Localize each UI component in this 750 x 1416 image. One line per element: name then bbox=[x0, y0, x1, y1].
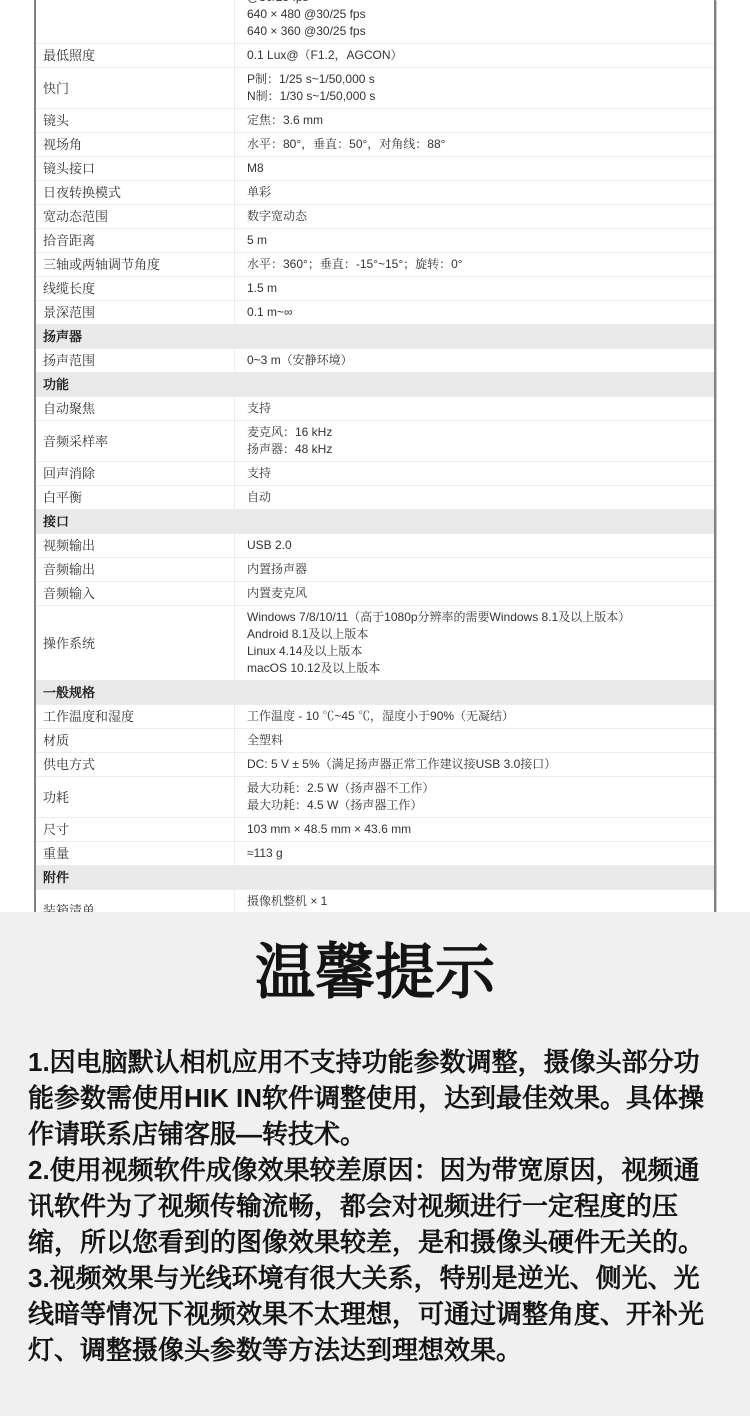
spec-value-line: DC: 5 V ± 5%（满足扬声器正常工作建议接USB 3.0接口） bbox=[247, 756, 704, 773]
spec-value: 支持 bbox=[235, 462, 714, 485]
spec-value: 0.1 m~∞ bbox=[235, 301, 714, 324]
spec-value: 数字宽动态 bbox=[235, 205, 714, 228]
spec-value-line: 最大功耗：2.5 W（扬声器不工作） bbox=[247, 780, 704, 797]
section-header-label: 一般规格 bbox=[36, 681, 714, 704]
spec-label: 尺寸 bbox=[36, 818, 235, 841]
spec-value-line: 水平：80°，垂直：50°，对角线：88° bbox=[247, 136, 704, 153]
spec-value: USB 2.0 bbox=[235, 534, 714, 557]
spec-value-line: 水平：360°；垂直：-15°~15°；旋转：0° bbox=[247, 256, 704, 273]
spec-value: @30/25 fps640 × 480 @30/25 fps640 × 360 … bbox=[235, 0, 714, 43]
table-row: 镜头定焦：3.6 mm bbox=[36, 108, 714, 132]
spec-value: 自动 bbox=[235, 486, 714, 509]
spec-value-line: 5 m bbox=[247, 232, 704, 249]
spec-label: 重量 bbox=[36, 842, 235, 865]
table-row: 工作温度和湿度工作温度 - 10 ℃~45 ℃，湿度小于90%（无凝结） bbox=[36, 704, 714, 728]
table-row: 宽动态范围数字宽动态 bbox=[36, 204, 714, 228]
spec-value: 定焦：3.6 mm bbox=[235, 109, 714, 132]
spec-value: 最大功耗：2.5 W（扬声器不工作）最大功耗：4.5 W（扬声器工作） bbox=[235, 777, 714, 817]
spec-value: 全塑料 bbox=[235, 729, 714, 752]
table-row: @30/25 fps640 × 480 @30/25 fps640 × 360 … bbox=[36, 0, 714, 43]
spec-label: 操作系统 bbox=[36, 606, 235, 680]
spec-label: 线缆长度 bbox=[36, 277, 235, 300]
tips-title: 温馨提示 bbox=[0, 940, 750, 1006]
spec-value-line: 数字宽动态 bbox=[247, 208, 704, 225]
table-row: 线缆长度1.5 m bbox=[36, 276, 714, 300]
spec-value: 单彩 bbox=[235, 181, 714, 204]
spec-label: 白平衡 bbox=[36, 486, 235, 509]
section-header-label: 扬声器 bbox=[36, 325, 714, 348]
spec-value: 5 m bbox=[235, 229, 714, 252]
spec-value: ≈113 g bbox=[235, 842, 714, 865]
table-row: 最低照度0.1 Lux@（F1.2，AGCON） bbox=[36, 43, 714, 67]
section-header-row: 扬声器 bbox=[36, 324, 714, 348]
spec-value-line: P制：1/25 s~1/50,000 s bbox=[247, 71, 704, 88]
spec-value-line: 0.1 Lux@（F1.2，AGCON） bbox=[247, 47, 704, 64]
table-row: 视频输出USB 2.0 bbox=[36, 533, 714, 557]
spec-value-line: 103 mm × 48.5 mm × 43.6 mm bbox=[247, 821, 704, 838]
spec-value-line: 支持 bbox=[247, 465, 704, 482]
tips-body: 1.因电脑默认相机应用不支持功能参数调整，摄像头部分功能参数需使用HIK IN软… bbox=[28, 1044, 722, 1368]
spec-label: 自动聚焦 bbox=[36, 397, 235, 420]
spec-value: 1.5 m bbox=[235, 277, 714, 300]
spec-value: 支持 bbox=[235, 397, 714, 420]
spec-value-line: N制：1/30 s~1/50,000 s bbox=[247, 88, 704, 105]
spec-value-line: 0.1 m~∞ bbox=[247, 304, 704, 321]
spec-value-line: 定焦：3.6 mm bbox=[247, 112, 704, 129]
spec-label: 音频输出 bbox=[36, 558, 235, 581]
spec-label: 三轴或两轴调节角度 bbox=[36, 253, 235, 276]
spec-label: 音频输入 bbox=[36, 582, 235, 605]
table-row: 音频输出内置扬声器 bbox=[36, 557, 714, 581]
table-row: 镜头接口M8 bbox=[36, 156, 714, 180]
spec-value: P制：1/25 s~1/50,000 sN制：1/30 s~1/50,000 s bbox=[235, 68, 714, 108]
spec-label: 景深范围 bbox=[36, 301, 235, 324]
section-header-row: 接口 bbox=[36, 509, 714, 533]
spec-value-line: 扬声器：48 kHz bbox=[247, 441, 704, 458]
spec-value-line: macOS 10.12及以上版本 bbox=[247, 660, 704, 677]
spec-label: 日夜转换模式 bbox=[36, 181, 235, 204]
spec-value-line: Windows 7/8/10/11（高于1080p分辨率的需要Windows 8… bbox=[247, 609, 704, 626]
spec-value-line: M8 bbox=[247, 160, 704, 177]
table-row: 操作系统Windows 7/8/10/11（高于1080p分辨率的需要Windo… bbox=[36, 605, 714, 680]
spec-label: 快门 bbox=[36, 68, 235, 108]
spec-value-line: Linux 4.14及以上版本 bbox=[247, 643, 704, 660]
spec-value: 工作温度 - 10 ℃~45 ℃，湿度小于90%（无凝结） bbox=[235, 705, 714, 728]
spec-value: DC: 5 V ± 5%（满足扬声器正常工作建议接USB 3.0接口） bbox=[235, 753, 714, 776]
spec-value-line: 1.5 m bbox=[247, 280, 704, 297]
section-header-label: 功能 bbox=[36, 373, 714, 396]
spec-value: 内置麦克风 bbox=[235, 582, 714, 605]
spec-value-line: 麦克风：16 kHz bbox=[247, 424, 704, 441]
spec-label: 镜头 bbox=[36, 109, 235, 132]
spec-label: 功耗 bbox=[36, 777, 235, 817]
table-row: 快门P制：1/25 s~1/50,000 sN制：1/30 s~1/50,000… bbox=[36, 67, 714, 108]
tip-paragraph-3: 3.视频效果与光线环境有很大关系，特别是逆光、侧光、光线暗等情况下视频效果不太理… bbox=[28, 1260, 722, 1368]
table-row: 景深范围0.1 m~∞ bbox=[36, 300, 714, 324]
section-header-label: 附件 bbox=[36, 866, 714, 889]
table-row: 视场角水平：80°，垂直：50°，对角线：88° bbox=[36, 132, 714, 156]
table-row: 供电方式DC: 5 V ± 5%（满足扬声器正常工作建议接USB 3.0接口） bbox=[36, 752, 714, 776]
spec-value: 0.1 Lux@（F1.2，AGCON） bbox=[235, 44, 714, 67]
spec-value-line: 0~3 m（安静环境） bbox=[247, 352, 704, 369]
spec-value: 0~3 m（安静环境） bbox=[235, 349, 714, 372]
spec-value-line: 内置麦克风 bbox=[247, 585, 704, 602]
spec-label: 材质 bbox=[36, 729, 235, 752]
tips-section: 温馨提示 1.因电脑默认相机应用不支持功能参数调整，摄像头部分功能参数需使用HI… bbox=[0, 912, 750, 1416]
spec-value-line: USB 2.0 bbox=[247, 537, 704, 554]
section-header-row: 附件 bbox=[36, 865, 714, 889]
table-row: 三轴或两轴调节角度水平：360°；垂直：-15°~15°；旋转：0° bbox=[36, 252, 714, 276]
spec-value: 内置扬声器 bbox=[235, 558, 714, 581]
spec-label: 供电方式 bbox=[36, 753, 235, 776]
spec-value-line: 自动 bbox=[247, 489, 704, 506]
spec-value: Windows 7/8/10/11（高于1080p分辨率的需要Windows 8… bbox=[235, 606, 714, 680]
spec-label: 视频输出 bbox=[36, 534, 235, 557]
spec-label: 拾音距离 bbox=[36, 229, 235, 252]
spec-label: 最低照度 bbox=[36, 44, 235, 67]
spec-value-line: 640 × 480 @30/25 fps bbox=[247, 6, 704, 23]
spec-label: 回声消除 bbox=[36, 462, 235, 485]
spec-value: M8 bbox=[235, 157, 714, 180]
table-row: 自动聚焦支持 bbox=[36, 396, 714, 420]
table-row: 白平衡自动 bbox=[36, 485, 714, 509]
spec-label: 视场角 bbox=[36, 133, 235, 156]
spec-label: 宽动态范围 bbox=[36, 205, 235, 228]
table-row: 尺寸103 mm × 48.5 mm × 43.6 mm bbox=[36, 817, 714, 841]
spec-value-line: 支持 bbox=[247, 400, 704, 417]
spec-value-line: 单彩 bbox=[247, 184, 704, 201]
table-row: 音频采样率麦克风：16 kHz扬声器：48 kHz bbox=[36, 420, 714, 461]
spec-label: 工作温度和湿度 bbox=[36, 705, 235, 728]
section-header-row: 功能 bbox=[36, 372, 714, 396]
spec-value-line: 全塑料 bbox=[247, 732, 704, 749]
table-row: 拾音距离5 m bbox=[36, 228, 714, 252]
spec-value: 103 mm × 48.5 mm × 43.6 mm bbox=[235, 818, 714, 841]
spec-label: 镜头接口 bbox=[36, 157, 235, 180]
spec-label: 音频采样率 bbox=[36, 421, 235, 461]
section-header-row: 一般规格 bbox=[36, 680, 714, 704]
spec-label: 扬声范围 bbox=[36, 349, 235, 372]
spec-value-line: 640 × 360 @30/25 fps bbox=[247, 23, 704, 40]
spec-table: @30/25 fps640 × 480 @30/25 fps640 × 360 … bbox=[34, 0, 716, 932]
spec-value-line: ≈113 g bbox=[247, 845, 704, 862]
spec-value: 麦克风：16 kHz扬声器：48 kHz bbox=[235, 421, 714, 461]
table-row: 音频输入内置麦克风 bbox=[36, 581, 714, 605]
tip-paragraph-2: 2.使用视频软件成像效果较差原因：因为带宽原因，视频通讯软件为了视频传输流畅，都… bbox=[28, 1152, 722, 1260]
product-detail-page: @30/25 fps640 × 480 @30/25 fps640 × 360 … bbox=[0, 0, 750, 1416]
spec-label bbox=[36, 0, 235, 43]
spec-value-line: 内置扬声器 bbox=[247, 561, 704, 578]
table-row: 扬声范围0~3 m（安静环境） bbox=[36, 348, 714, 372]
section-header-label: 接口 bbox=[36, 510, 714, 533]
table-row: 重量≈113 g bbox=[36, 841, 714, 865]
spec-value-line: 最大功耗：4.5 W（扬声器工作） bbox=[247, 797, 704, 814]
spec-value-line: 摄像机整机 × 1 bbox=[247, 893, 704, 910]
spec-value-line: 工作温度 - 10 ℃~45 ℃，湿度小于90%（无凝结） bbox=[247, 708, 704, 725]
spec-value-line: Android 8.1及以上版本 bbox=[247, 626, 704, 643]
spec-value: 水平：80°，垂直：50°，对角线：88° bbox=[235, 133, 714, 156]
table-row: 回声消除支持 bbox=[36, 461, 714, 485]
spec-value: 水平：360°；垂直：-15°~15°；旋转：0° bbox=[235, 253, 714, 276]
table-row: 功耗最大功耗：2.5 W（扬声器不工作）最大功耗：4.5 W（扬声器工作） bbox=[36, 776, 714, 817]
tip-paragraph-1: 1.因电脑默认相机应用不支持功能参数调整，摄像头部分功能参数需使用HIK IN软… bbox=[28, 1044, 722, 1152]
table-row: 日夜转换模式单彩 bbox=[36, 180, 714, 204]
table-row: 材质全塑料 bbox=[36, 728, 714, 752]
